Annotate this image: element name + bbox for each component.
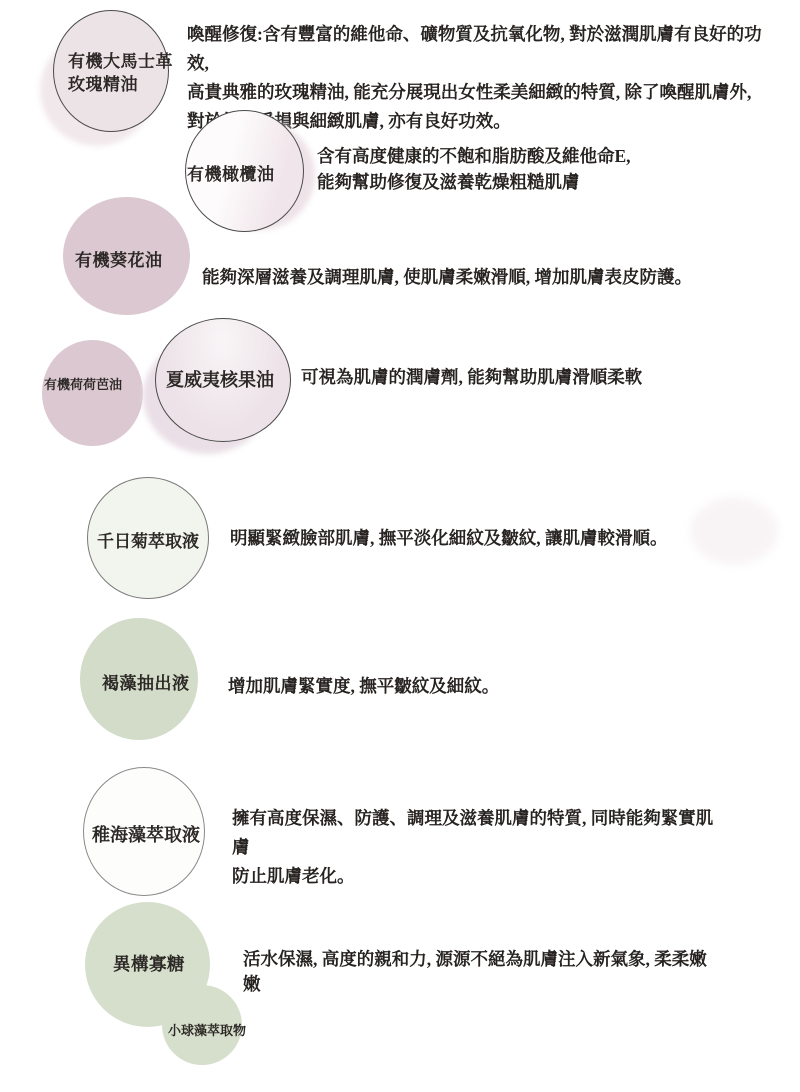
- jojoba-oil-circle: [42, 340, 143, 446]
- spilanthes-extract-description: 明顯緊緻臉部肌膚, 撫平淡化細紋及皺紋, 讓肌膚較滑順。: [230, 525, 750, 550]
- olive-oil-description: 含有高度健康的不飽和脂肪酸及維他命E, 能夠幫助修復及滋養乾燥粗糙肌膚: [317, 143, 717, 195]
- chlorella-extract-label: 小球藻萃取物: [168, 1020, 246, 1039]
- oligosaccharide-description: 活水保濕, 高度的親和力, 源源不絕為肌膚注入新氣象, 柔柔嫩嫩: [243, 946, 723, 996]
- macadamia-oil-label: 夏威夷核果油: [166, 366, 274, 392]
- sea-algae-extract-description: 擁有高度保濕、防護、調理及滋養肌膚的特質, 同時能夠緊實肌膚 防止肌膚老化。: [232, 804, 722, 891]
- sunflower-oil-label: 有機葵花油: [75, 246, 163, 271]
- sea-algae-extract-label: 稚海藻萃取液: [92, 821, 200, 847]
- brown-algae-extract-label: 褐藻抽出液: [102, 669, 190, 694]
- spilanthes-extract-label: 千日菊萃取液: [97, 527, 199, 552]
- ingredient-infographic: 有機大馬士革 玫瑰精油 喚醒修復:含有豐富的維他命、礦物質及抗氧化物, 對於滋潤…: [0, 0, 800, 1092]
- sunflower-oil-description: 能夠深層滋養及調理肌膚, 使肌膚柔嫩滑順, 增加肌膚表皮防護。: [202, 264, 762, 289]
- rose-oil-label: 有機大馬士革 玫瑰精油: [68, 50, 173, 96]
- olive-oil-label: 有機橄欖油: [187, 160, 275, 185]
- brown-algae-extract-description: 增加肌膚緊實度, 撫平皺紋及細紋。: [228, 673, 628, 698]
- jojoba-oil-label: 有機荷荷芭油: [44, 374, 122, 393]
- macadamia-oil-description: 可視為肌膚的潤膚劑, 能夠幫助肌膚滑順柔軟: [301, 364, 731, 389]
- oligosaccharide-label: 異構寡糖: [113, 951, 185, 976]
